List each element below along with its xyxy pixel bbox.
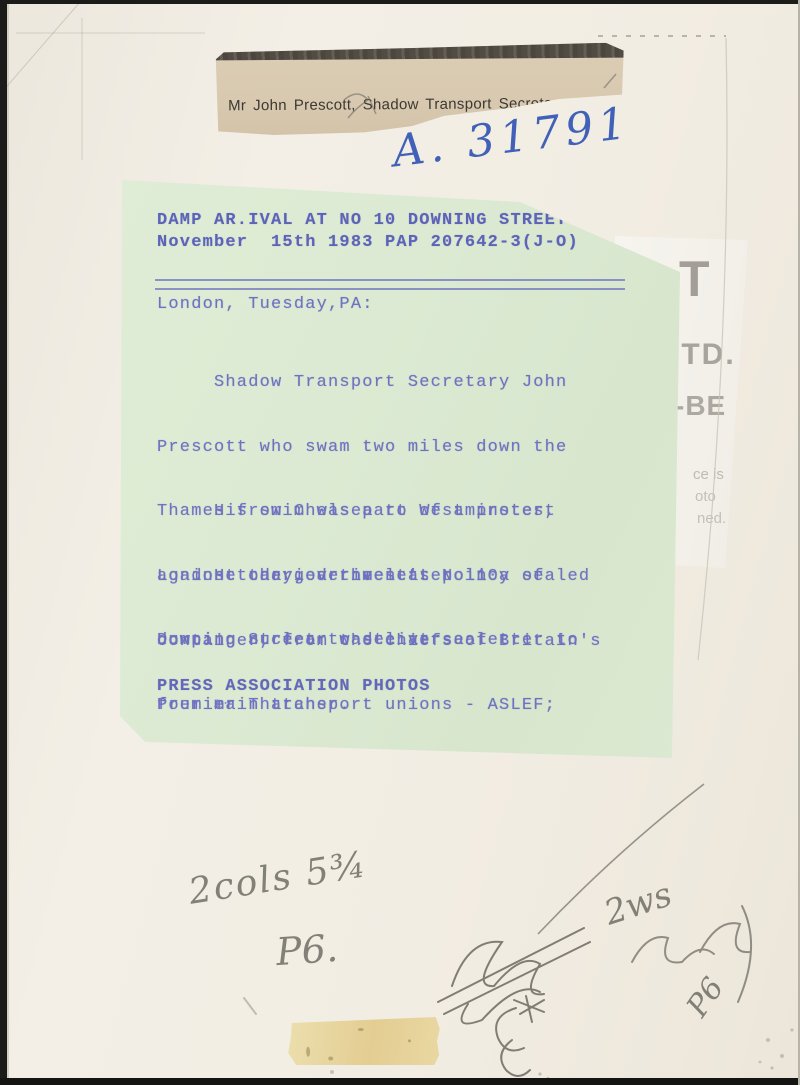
pencil-scribble-page: P6 [680,971,731,1023]
caption-headline: DAMP AR.IVAL AT NO 10 DOWNING STREET [157,210,567,232]
typed-double-rule [155,279,625,290]
crease-marks [2,2,205,160]
halftone-edge [214,43,624,61]
typed-line: container, from the chiefs of Britain's [157,631,602,653]
caption-sheet: DAMP AR.IVAL AT NO 10 DOWNING STREET Nov… [115,178,685,764]
pencil-scribble-note: 2ws [599,874,676,933]
typed-line: waste at sea. [157,953,602,975]
caption-paragraph-3: He carried the letter in a sealed contai… [157,523,602,1018]
scan-edge-bottom [0,1078,800,1085]
stamp-fragment: ce is [693,466,724,483]
typed-line: NUR; NUS and TGWU - urging the [157,760,602,782]
pencil-columns-note: 2cols 5¾ [186,844,370,913]
caption-location: London, Tuesday,PA: [157,294,374,316]
photo-back-scan: T .TD. -BE ce is oto ned. Mr John Presco… [0,0,800,1085]
tape-strip [288,1015,441,1069]
typed-line: His swim was part of a protest [157,501,556,523]
typed-line: go ernment to announce the end [157,824,602,846]
stamp-fragment: ned. [697,510,726,527]
stamp-fragment: T [679,250,710,308]
pencil-page-note: P6. [275,926,340,974]
page-edge [7,0,9,1085]
typed-line: Prescott who swam two miles down the [157,437,579,459]
caption-credit: PRESS ASSOCIATION PHOTOS [157,676,431,698]
stamp-fragment: -BE [675,390,726,422]
caption-dateline: November 15th 1983 PAP 207642-3(J-O) [157,232,579,254]
scan-edge-top [0,0,800,4]
typed-line: He carried the letter in a sealed [157,566,602,588]
pencil-crossed-scribble [438,928,590,1076]
stamp-fragment: .TD. [671,338,736,372]
stamp-fragment: oto [695,488,716,505]
typed-line: Shadow Transport Secretary John [157,372,579,394]
scan-edge-left [0,0,7,1085]
typed-small-mark: ı· [213,696,230,712]
